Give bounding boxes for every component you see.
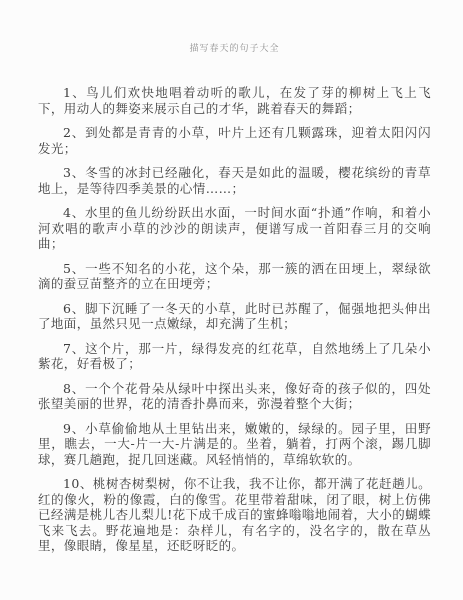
sentence-paragraph-5: 5、一些不知名的小花，这个朵，那一簇的洒在田埂上，翠绿欲滴的蚕豆苗整齐的立在田埂… xyxy=(38,261,431,292)
sentence-paragraph-3: 3、冬雪的冰封已经融化，春天是如此的温暖，樱花缤纷的青草地上，是等待四季美景的心… xyxy=(38,165,431,196)
document-page: 描写春天的句子大全 1、鸟儿们欢快地唱着动听的歌儿，在发了芽的柳树上飞上飞下，用… xyxy=(0,0,463,600)
sentence-paragraph-2: 2、到处都是青青的小草，叶片上还有几颗露珠，迎着太阳闪闪发光； xyxy=(38,125,431,156)
document-body: 1、鸟儿们欢快地唱着动听的歌儿，在发了芽的柳树上飞上飞下，用动人的舞姿来展示自己… xyxy=(38,85,431,554)
sentence-paragraph-1: 1、鸟儿们欢快地唱着动听的歌儿，在发了芽的柳树上飞上飞下，用动人的舞姿来展示自己… xyxy=(38,85,431,116)
sentence-paragraph-6: 6、脚下沉睡了一冬天的小草，此时已苏醒了，倔强地把头伸出了地面，虽然只见一点嫩绿… xyxy=(38,301,431,332)
sentence-paragraph-10: 10、桃树杏树梨树，你不让我，我不让你，都开满了花赶趟儿。红的像火，粉的像霞，白… xyxy=(38,476,431,554)
sentence-paragraph-9: 9、小草偷偷地从土里钻出来，嫩嫩的，绿绿的。园子里，田野里，瞧去，一大-片一大-… xyxy=(38,421,431,468)
page-title: 描写春天的句子大全 xyxy=(38,41,431,54)
sentence-paragraph-4: 4、水里的鱼儿纷纷跃出水面，一时间水面“扑通”作响，和着小河欢唱的歌声小草的沙沙… xyxy=(38,205,431,252)
sentence-paragraph-7: 7、这个片，那一片，绿得发亮的红花草，自然地绣上了几朵小紫花，好看极了； xyxy=(38,341,431,372)
sentence-paragraph-8: 8、一个个花骨朵从绿叶中探出头来，像好奇的孩子似的，四处张望美丽的世界，花的清香… xyxy=(38,381,431,412)
